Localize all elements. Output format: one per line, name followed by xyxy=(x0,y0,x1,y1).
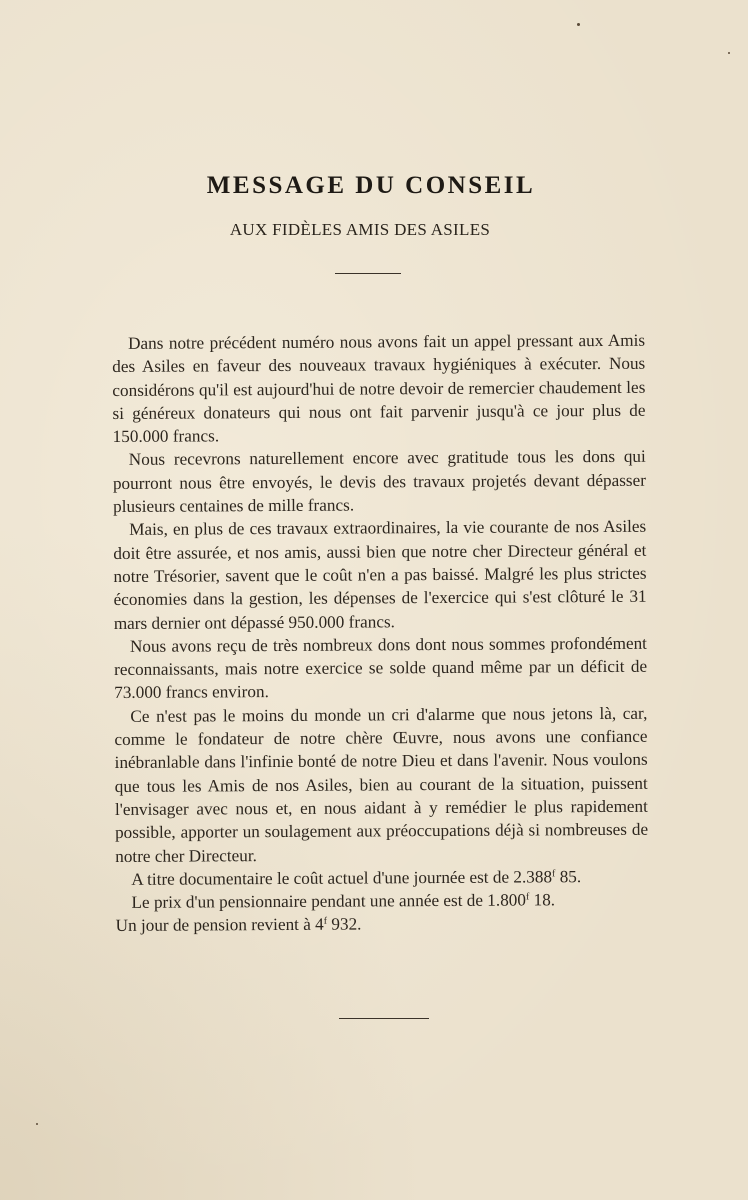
title-divider xyxy=(335,273,401,274)
paper-speck xyxy=(36,1123,38,1125)
daily-cost-cents: 85. xyxy=(555,867,581,886)
yearly-boarder-cents: 18. xyxy=(529,890,555,909)
paper-speck xyxy=(577,23,580,26)
paragraph: Ce n'est pas le moins du monde un cri d'… xyxy=(114,701,648,867)
scanned-page: MESSAGE DU CONSEIL AUX FIDÈLES AMIS DES … xyxy=(0,0,748,1200)
paragraph: Dans notre précédent numéro nous avons f… xyxy=(112,329,646,449)
paragraph: Mais, en plus de ces travaux extraordina… xyxy=(113,515,647,635)
pension-day-text: Un jour de pension revient à 4 xyxy=(116,915,324,935)
daily-cost-paragraph: A titre documentaire le coût actuel d'un… xyxy=(115,865,648,892)
paragraph: Nous recevrons naturellement encore avec… xyxy=(113,445,646,518)
paper-speck xyxy=(728,52,730,54)
message-body: Dans notre précédent numéro nous avons f… xyxy=(112,329,649,938)
yearly-boarder-text: Le prix d'un pensionnaire pendant une an… xyxy=(131,891,526,912)
yearly-boarder-paragraph: Le prix d'un pensionnaire pendant une an… xyxy=(115,888,648,915)
daily-cost-text: A titre documentaire le coût actuel d'un… xyxy=(131,867,552,889)
page-subtitle: AUX FIDÈLES AMIS DES ASILES xyxy=(0,220,720,240)
paragraph: Nous avons reçu de très nombreux dons do… xyxy=(114,632,647,705)
pension-day-paragraph: Un jour de pension revient à 4f 932. xyxy=(116,911,649,938)
page-title: MESSAGE DU CONSEIL xyxy=(0,172,742,200)
closing-divider xyxy=(339,1018,429,1019)
pension-day-cents: 932. xyxy=(327,915,361,934)
